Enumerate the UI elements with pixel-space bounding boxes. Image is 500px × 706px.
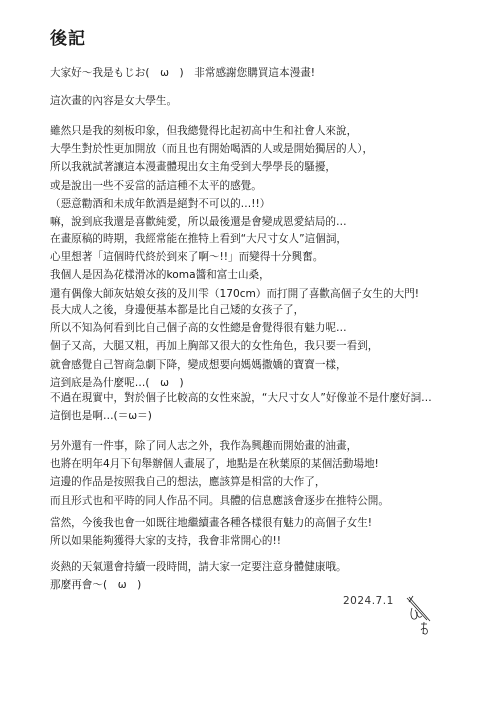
text-line: 大學生對於性更加開放（而且也有開始喝酒的人或是開始獨居的人）， [50, 140, 500, 158]
text-line: 另外還有一件事，除了同人志之外，我作為興趣而開始畫的油畫， [50, 437, 500, 455]
text-line: 這次畫的內容是女大學生。 [50, 92, 500, 110]
signature-icon [405, 594, 435, 640]
text-line: 不過在現實中，對於個子比較高的女性來說，“大尺寸女人”好像並不是什麼好詞… [50, 389, 500, 407]
text-line: 在畫原稿的時期，我經常能在推特上看到“大尺寸女人”這個詞， [50, 230, 500, 248]
paragraph-exhibition: 另外還有一件事，除了同人志之外，我作為興趣而開始畫的油畫， 也將在明年4月下旬舉… [50, 437, 500, 510]
text-line: （惡意勸酒和未成年飲酒是絕對不可以的…!!） [50, 195, 500, 213]
paragraph-tall-girls: 長大成人之後，身邊便基本都是比自己矮的女孩子了， 所以不知為何看到比自己個子高的… [50, 301, 500, 392]
text-line: 心里想著「這個時代終於到來了啊～!!」而變得十分興奮。 [50, 248, 500, 266]
text-line: 這邊的作品是按照我自己的想法，應該算是相當的大作了， [50, 473, 500, 491]
text-line: 那麼再會～( ω ) [50, 576, 500, 594]
paragraph-farewell: 炎熱的天氣還會持續一段時間，請大家一定要注意身體健康哦。 那麼再會～( ω ) [50, 558, 500, 594]
text-line: 嘛，說到底我還是喜歡純愛，所以最後還是會變成恩愛結局的… [50, 213, 500, 231]
text-line: 個子又高，大腿又粗，再加上胸部又很大的女性角色，我只要一看到， [50, 337, 500, 355]
paragraph-impression: 雖然只是我的刻板印象，但我總覺得比起初高中生和社會人來說， 大學生對於性更加開放… [50, 122, 500, 231]
paragraph-big-woman: 在畫原稿的時期，我經常能在推特上看到“大尺寸女人”這個詞， 心里想著「這個時代終… [50, 230, 500, 303]
page-title: 後記 [50, 24, 86, 49]
text-line: 長大成人之後，身邊便基本都是比自己矮的女孩子了， [50, 301, 500, 319]
text-line: 當然，今後我也會一如既往地繼續畫各種各樣很有魅力的高個子女生! [50, 514, 500, 532]
paragraph-topic: 這次畫的內容是女大學生。 [50, 92, 500, 110]
paragraph-future: 當然，今後我也會一如既往地繼續畫各種各樣很有魅力的高個子女生! 所以如果能夠獲得… [50, 514, 500, 550]
text-line: 就會感覺自己智商急劇下降，變成想要向媽媽撒嬌的寶寶一樣， [50, 356, 500, 374]
text-line: 這倒也是啊…(＝ω＝) [50, 407, 500, 425]
text-line: 所以不知為何看到比自己個子高的女性總是會覺得很有魅力呢… [50, 319, 500, 337]
text-line: 也將在明年4月下旬舉辦個人畫展了，地點是在秋葉原的某個活動場地! [50, 455, 500, 473]
text-line: 所以我就試著讓這本漫畫體現出女主角受到大學學長的騷擾， [50, 158, 500, 176]
date-stamp: 2024.7.1 [343, 595, 394, 607]
text-line: 炎熱的天氣還會持續一段時間，請大家一定要注意身體健康哦。 [50, 558, 500, 576]
text-line: 雖然只是我的刻板印象，但我總覺得比起初高中生和社會人來說， [50, 122, 500, 140]
text-line: 或是說出一些不妥當的話這種不太平的感覺。 [50, 177, 500, 195]
paragraph-reality: 不過在現實中，對於個子比較高的女性來說，“大尺寸女人”好像並不是什麼好詞… 這倒… [50, 389, 500, 425]
text-line: 大家好～我是もじお( ω ) 非常感謝您購買這本漫畫! [50, 64, 500, 82]
text-line: 所以如果能夠獲得大家的支持，我會非常開心的!! [50, 532, 500, 550]
text-line: 而且形式也和平時的同人作品不同。具體的信息應該會逐步在推特公開。 [50, 492, 500, 510]
text-line: 我個人是因為花樣滑冰的koma醬和富士山桑， [50, 266, 500, 284]
paragraph-greeting: 大家好～我是もじお( ω ) 非常感謝您購買這本漫畫! [50, 64, 500, 82]
